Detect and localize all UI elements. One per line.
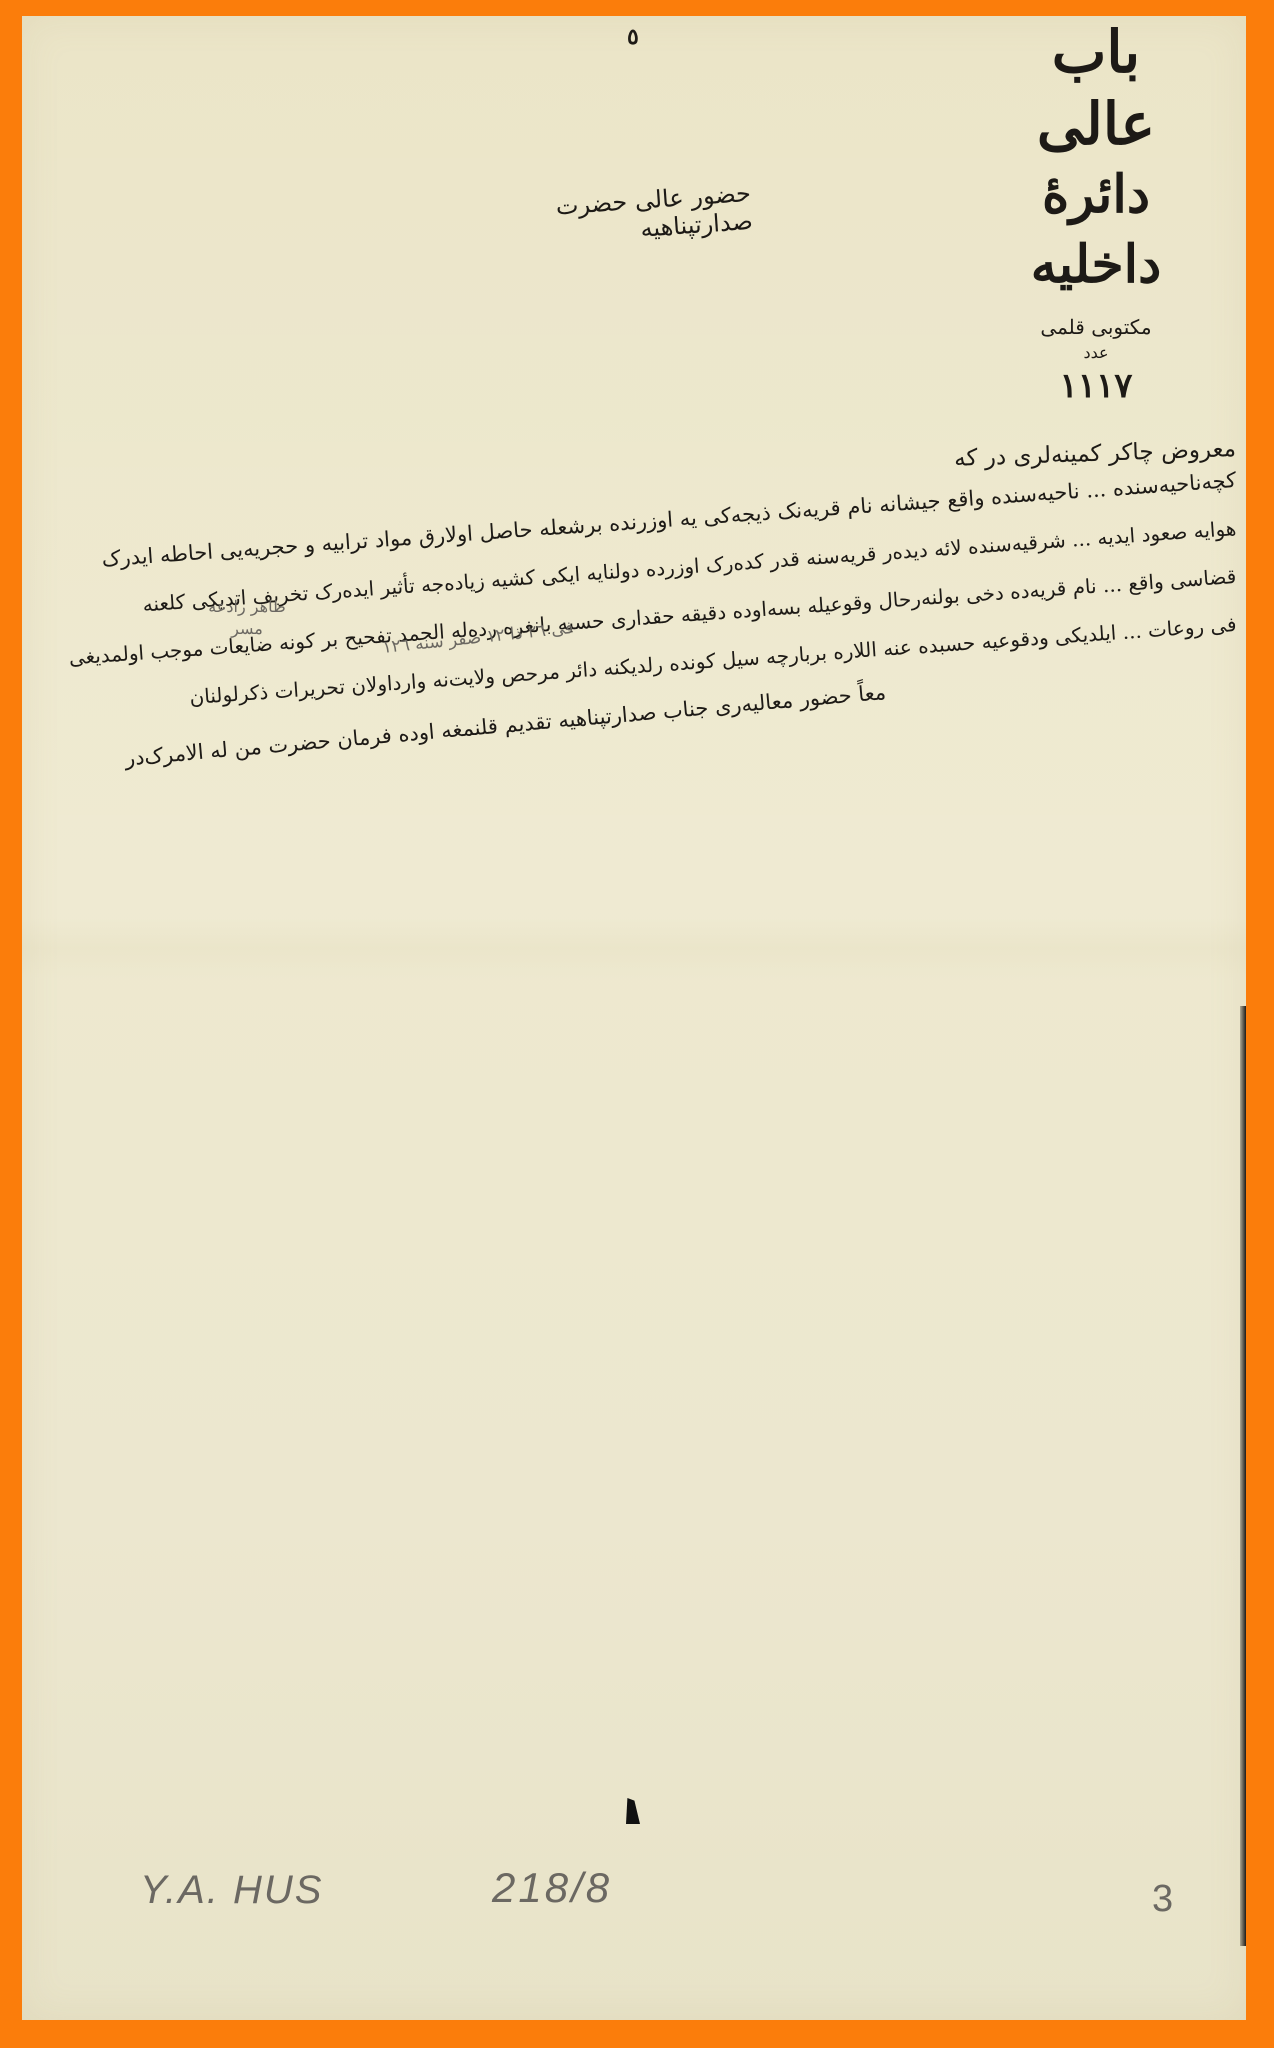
- document-page: ٥ باب عالی دائرهٔ داخلیه مکتوبی قلمی عدد…: [22, 16, 1246, 2020]
- letter-body: معروض چاکر کمینه‌لری در که کچه‌ناحیه‌سند…: [22, 16, 1246, 2020]
- archive-code: Y.A. HUS: [140, 1868, 323, 1913]
- body-line-1: معروض چاکر کمینه‌لری در که: [954, 436, 1237, 472]
- page-number: 3: [1152, 1878, 1173, 1921]
- page-edge-shadow: [1240, 1006, 1246, 1946]
- marginal-note-top: طاهر رادعه: [202, 596, 292, 618]
- folio-number: 218/8: [492, 1864, 612, 1912]
- marginal-note: طاهر رادعه مسر: [202, 596, 292, 640]
- marginal-note-bottom: مسر: [202, 618, 292, 640]
